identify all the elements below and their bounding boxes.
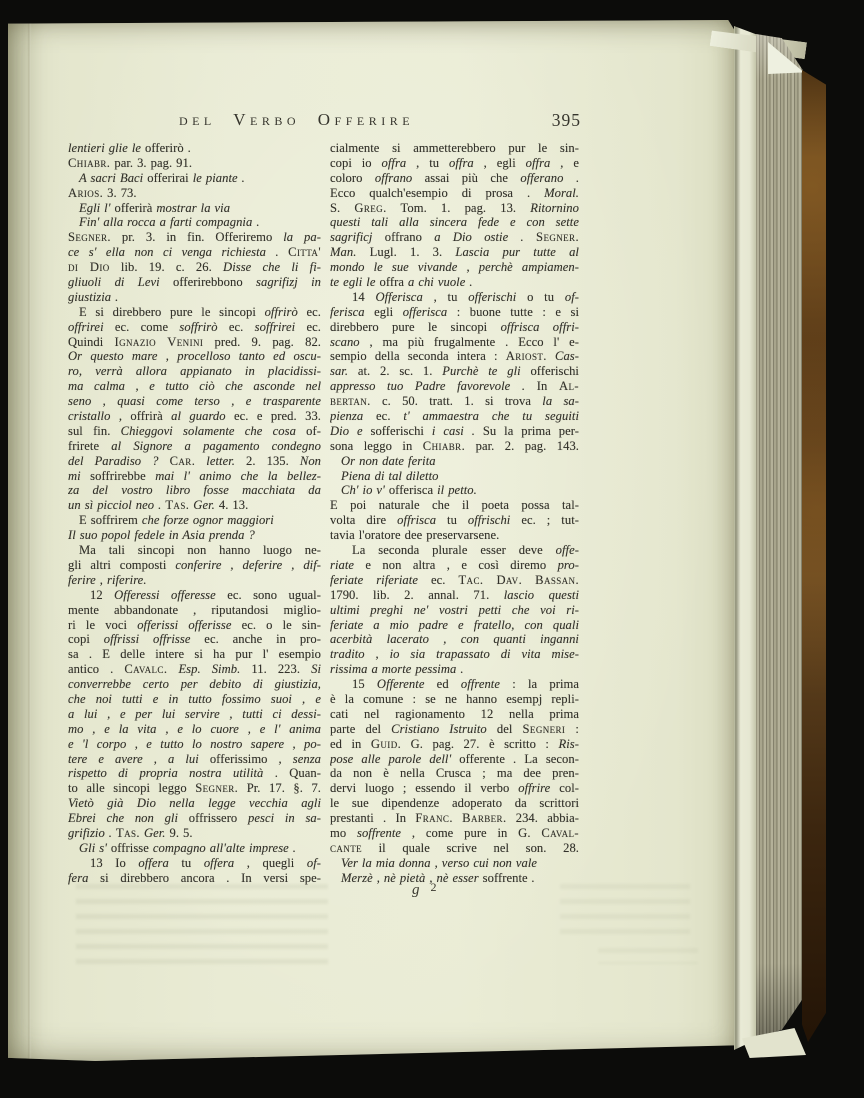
text-column-left: lentieri glie le offerirò .Chiabr. par. … [68, 141, 321, 886]
book-fore-edge [756, 30, 803, 1044]
text-line: te egli le offra a chi vuole . [330, 275, 579, 290]
text-line: mo soffrente , come pure in G. Caval- [330, 826, 579, 841]
signature-mark: g2 [412, 880, 437, 899]
header-word: Verbo [233, 110, 300, 129]
text-line: ce s' ella non ci venga richiesta . Citt… [68, 245, 321, 260]
text-line: Chiabr. par. 3. pag. 91. [68, 156, 321, 171]
text-line: Fin' alla rocca a farti compagnia . [68, 215, 321, 230]
text-line: mente abbandonate , riputandosi miglio- [68, 603, 321, 618]
text-line: sul fin. Chieggovi solamente che cosa of… [68, 424, 321, 439]
text-line: ferire , riferire. [68, 573, 321, 588]
text-line: Quindi Ignazio Venini pred. 9. pag. 82. [68, 335, 321, 350]
running-header: del Verbo Offerire 395 [68, 110, 585, 134]
text-line: Piena di tal diletto [330, 469, 579, 484]
text-line: mondo le sue vivande , perchè ampiamen- [330, 260, 579, 275]
text-line: Ch' io v' offerisca il petto. [330, 483, 579, 498]
text-line: ultimi preghi ne' vostri petti che voi r… [330, 603, 579, 618]
text-line: direbbero pure le sincopi offrisca offri… [330, 320, 579, 335]
text-line: 1790. lib. 2. annal. 71. lascio questi [330, 588, 579, 603]
text-line: 13 Io offera tu offera , quegli of- [68, 856, 321, 871]
signature-number: 2 [431, 880, 437, 894]
text-line: pose alle parole dell' offerente . La se… [330, 752, 579, 767]
text-line: Or non date ferita [330, 454, 579, 469]
text-line: parte del Cristiano Istruito del Segneri… [330, 722, 579, 737]
text-line: feriate a mio padre e fratello, con qual… [330, 618, 579, 633]
text-line: ro, verrà allora appianato in placidissi… [68, 364, 321, 379]
text-line: volta dire offrisca tu offrischi ec. ; t… [330, 513, 579, 528]
show-through-ghost [598, 948, 698, 964]
text-line: coloro offrano assai più che offerano . [330, 171, 579, 186]
text-line: sar. at. 2. sc. 1. Purchè te gli offeris… [330, 364, 579, 379]
text-line: Or questo mare , procelloso tanto ed osc… [68, 349, 321, 364]
signature-letter: g [412, 882, 420, 898]
text-line: za del vostro libro fosse macchiata da [68, 483, 321, 498]
text-line: Dio e sofferischi i casi . Su la prima p… [330, 424, 579, 439]
text-line: è la comune : se ne hanno esempj repli- [330, 692, 579, 707]
text-line: offrirei ec. come soffrirò ec. soffrirei… [68, 320, 321, 335]
text-line: ferisca egli offerisca : buone tutte : e… [330, 305, 579, 320]
text-line: sempio della seconda intera : Ariost. Ca… [330, 349, 579, 364]
text-column-right: cialmente si ammetterebbero pur le sin-c… [330, 141, 579, 886]
text-line: le sue dipendenze adoperato da scrittori [330, 796, 579, 811]
text-line: Arios. 3. 73. [68, 186, 321, 201]
text-line: tradito , io sia trapassato di vita mise… [330, 647, 579, 662]
text-line: tavia l'oratore dee preservarsene. [330, 528, 579, 543]
header-word: del [179, 110, 216, 129]
text-line: del Paradiso ? Car. letter. 2. 135. Non [68, 454, 321, 469]
text-line: converrebbe certo per debito di giustizi… [68, 677, 321, 692]
text-line: Segner. pr. 3. in fin. Offeriremo la pa- [68, 230, 321, 245]
text-line: cante il quale scrive nel son. 28. [330, 841, 579, 856]
text-line: pienza ec. t' ammaestra che tu seguiti [330, 409, 579, 424]
text-line: S. Greg. Tom. 1. pag. 13. Ritornino [330, 201, 579, 216]
text-line: lentieri glie le offerirò . [68, 141, 321, 156]
text-line: sona leggo in Chiabr. par. 2. pag. 143. [330, 439, 579, 454]
book-page: del Verbo Offerire 395 lentieri glie le … [8, 20, 734, 1062]
text-line: grifizio . Tas. Ger. 9. 5. [68, 826, 321, 841]
show-through-ghost [560, 884, 690, 940]
header-word: Offerire [318, 110, 414, 129]
text-line: Ebrei che non gli offrissero pesci in sa… [68, 811, 321, 826]
text-line: ed in Guid. G. pag. 27. è scritto : Ris- [330, 737, 579, 752]
text-line: A sacri Baci offerirai le piante . [68, 171, 321, 186]
text-line: antico . Cavalc. Esp. Simb. 11. 223. Si [68, 662, 321, 677]
text-line: tere e avere , a lui offerissimo , senza [68, 752, 321, 767]
text-line: Ecco qualch'esempio di prosa . Moral. [330, 186, 579, 201]
text-line: dervi luogo ; essendo il verbo offrire c… [330, 781, 579, 796]
text-line: La seconda plurale esser deve offe- [330, 543, 579, 558]
page-crease [28, 20, 31, 1062]
text-line: bertan. c. 50. tratt. 1. si trova la sa- [330, 394, 579, 409]
text-line: ma calma , e tutto ciò che asconde nel [68, 379, 321, 394]
header-title: del Verbo Offerire [68, 110, 525, 130]
text-line: di Dio lib. 19. c. 26. Disse che li fi- [68, 260, 321, 275]
text-line: Il suo popol fedele in Asia prenda ? [68, 528, 321, 543]
text-line: e 'l corpo , e tutto lo nostro sapere , … [68, 737, 321, 752]
text-line: fera si direbbero ancora . In versi spe- [68, 871, 321, 886]
text-line: Man. Lugl. 1. 3. Lascia pur tutte al [330, 245, 579, 260]
text-line: ri le voci offerissi offerisse ec. o le … [68, 618, 321, 633]
text-line: cati nel ragionamento 12 nella prima [330, 707, 579, 722]
text-line: da non è nella Crusca ; ma dee pren- [330, 766, 579, 781]
text-line: un sì picciol neo . Tas. Ger. 4. 13. [68, 498, 321, 513]
text-line: gli altri composti conferire , deferire … [68, 558, 321, 573]
text-line: to alle sincopi leggo Segner. Pr. 17. §.… [68, 781, 321, 796]
text-line: prestanti . In Franc. Barber. 234. abbia… [330, 811, 579, 826]
text-line: che noi tutti e in tutto fossimo suoi , … [68, 692, 321, 707]
text-line: 14 Offerisca , tu offerischi o tu of- [330, 290, 579, 305]
text-line: rispetto di propria nostra utilità . Qua… [68, 766, 321, 781]
book-cover-edge [802, 70, 826, 1042]
text-line: scano , ma più frugalmente . Ecco l' e- [330, 335, 579, 350]
text-line: gliuoli di Levi offerirebbono sagrifizj … [68, 275, 321, 290]
text-line: sa . E delle intere si ha pur l' esempio [68, 647, 321, 662]
text-line: feriate riferiate ec. Tac. Dav. Bassan. [330, 573, 579, 588]
page-number: 395 [552, 110, 581, 131]
text-line: rissima a morte pessima . [330, 662, 579, 677]
text-line: cristallo , offrirà al guardo ec. e pred… [68, 409, 321, 424]
text-line: Merzè , nè pietà , nè esser soffrente . [330, 871, 579, 886]
text-line: giustizia . [68, 290, 321, 305]
text-line: 15 Offerente ed offrente : la prima [330, 677, 579, 692]
text-line: sagrificj offrano a Dio ostie . Segner. [330, 230, 579, 245]
next-page-edge [734, 24, 756, 1052]
text-line: cialmente si ammetterebbero pur le sin- [330, 141, 579, 156]
text-line: acerbità lacerato , con quanti inganni [330, 632, 579, 647]
show-through-ghost [76, 884, 328, 966]
text-line: riate e non altra , e così diremo pro- [330, 558, 579, 573]
text-line: Ma tali sincopi non hanno luogo ne- [68, 543, 321, 558]
text-line: seno , quasi come terso , e trasparente [68, 394, 321, 409]
text-line: Gli s' offrisse compagno all'alte impres… [68, 841, 321, 856]
text-line: copi offrissi offrisse ec. anche in pro- [68, 632, 321, 647]
text-line: mi soffrirebbe mai l' animo che la belle… [68, 469, 321, 484]
text-line: E poi naturale che il poeta possa tal- [330, 498, 579, 513]
text-line: copi io offra , tu offra , egli offra , … [330, 156, 579, 171]
text-line: Egli l' offerirà mostrar la via [68, 201, 321, 216]
text-line: frirete al Signore a pagamento condegno [68, 439, 321, 454]
text-line: 12 Offeressi offeresse ec. sono ugual- [68, 588, 321, 603]
text-line: mo , e la vita , e lo cuore , e l' anima [68, 722, 321, 737]
text-line: a lui , e per lui servire , tutti ci des… [68, 707, 321, 722]
text-line: questi tali alla sincera fede e con sett… [330, 215, 579, 230]
text-line: Vietò già Dio nella legge vecchia agli [68, 796, 321, 811]
text-line: E si direbbero pure le sincopi offrirò e… [68, 305, 321, 320]
text-line: E soffrirem che forze ognor maggiori [68, 513, 321, 528]
text-line: Ver la mia donna , verso cui non vale [330, 856, 579, 871]
text-line: appresso tuo Padre favorevole . In Al- [330, 379, 579, 394]
